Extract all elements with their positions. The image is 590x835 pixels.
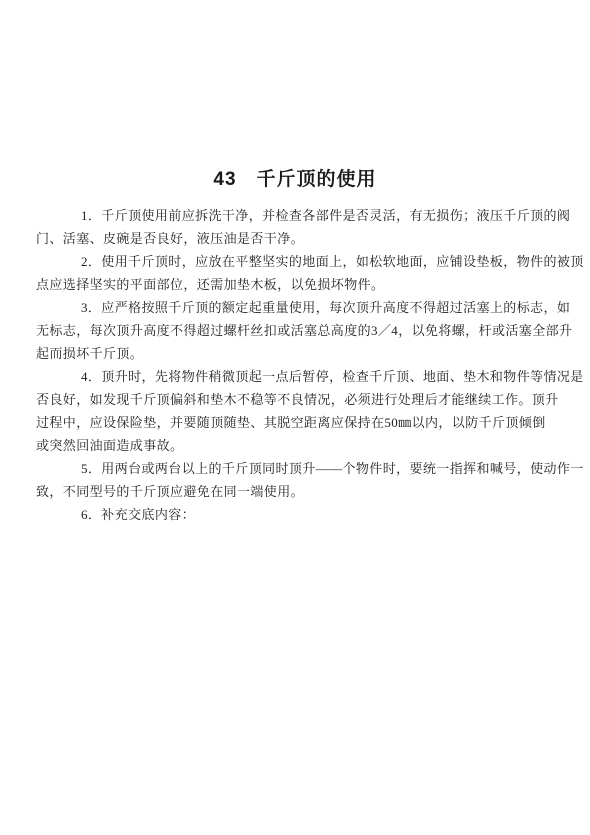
text-line: 门、活塞、皮碗是否良好，液压油是否干净。: [36, 227, 556, 250]
text-line: 否良好，如发现千斤顶偏斜和垫木不稳等不良情况，必须进行处理后才能继续工作。顶升: [36, 388, 556, 411]
text-line: 3．应严格按照千斤顶的额定起重量使用，每次顶升高度不得超过活塞上的标志，如: [36, 296, 556, 319]
text-line: 1．千斤顶使用前应拆洗干净，并检查各部件是否灵活，有无损伤；液压千斤顶的阀: [36, 204, 556, 227]
text-line: 点应选择坚实的平面部位，还需加垫木板，以免损坏物件。: [36, 273, 556, 296]
text-line: 6．补充交底内容：: [36, 503, 556, 526]
text-line: 起而损坏千斤顶。: [36, 342, 556, 365]
text-line: 过程中，应设保险垫，并要随顶随垫、其脱空距离应保持在50㎜以内，以防千斤顶倾倒: [36, 411, 556, 434]
document-body: 1．千斤顶使用前应拆洗干净，并检查各部件是否灵活，有无损伤；液压千斤顶的阀 门、…: [36, 204, 556, 526]
page-title: 43 千斤顶的使用: [0, 164, 590, 191]
document-page: 43 千斤顶的使用 1．千斤顶使用前应拆洗干净，并检查各部件是否灵活，有无损伤；…: [0, 0, 590, 835]
text-line: 4．顶升时，先将物件稍微顶起一点后暂停，检查千斤顶、地面、垫木和物件等情况是: [36, 365, 556, 388]
text-line: 5．用两台或两台以上的千斤顶同时顶升——个物件时，要统一指挥和喊号，使动作一: [36, 457, 556, 480]
text-line: 无标志，每次顶升高度不得超过螺杆丝扣或活塞总高度的3／4，以免将螺，杆或活塞全部…: [36, 319, 556, 342]
text-line: 2．使用千斤顶时，应放在平整坚实的地面上，如松软地面，应铺设垫板，物件的被顶: [36, 250, 556, 273]
text-line: 致，不同型号的千斤顶应避免在同一端使用。: [36, 480, 556, 503]
text-line: 或突然回油面造成事故。: [36, 434, 556, 457]
